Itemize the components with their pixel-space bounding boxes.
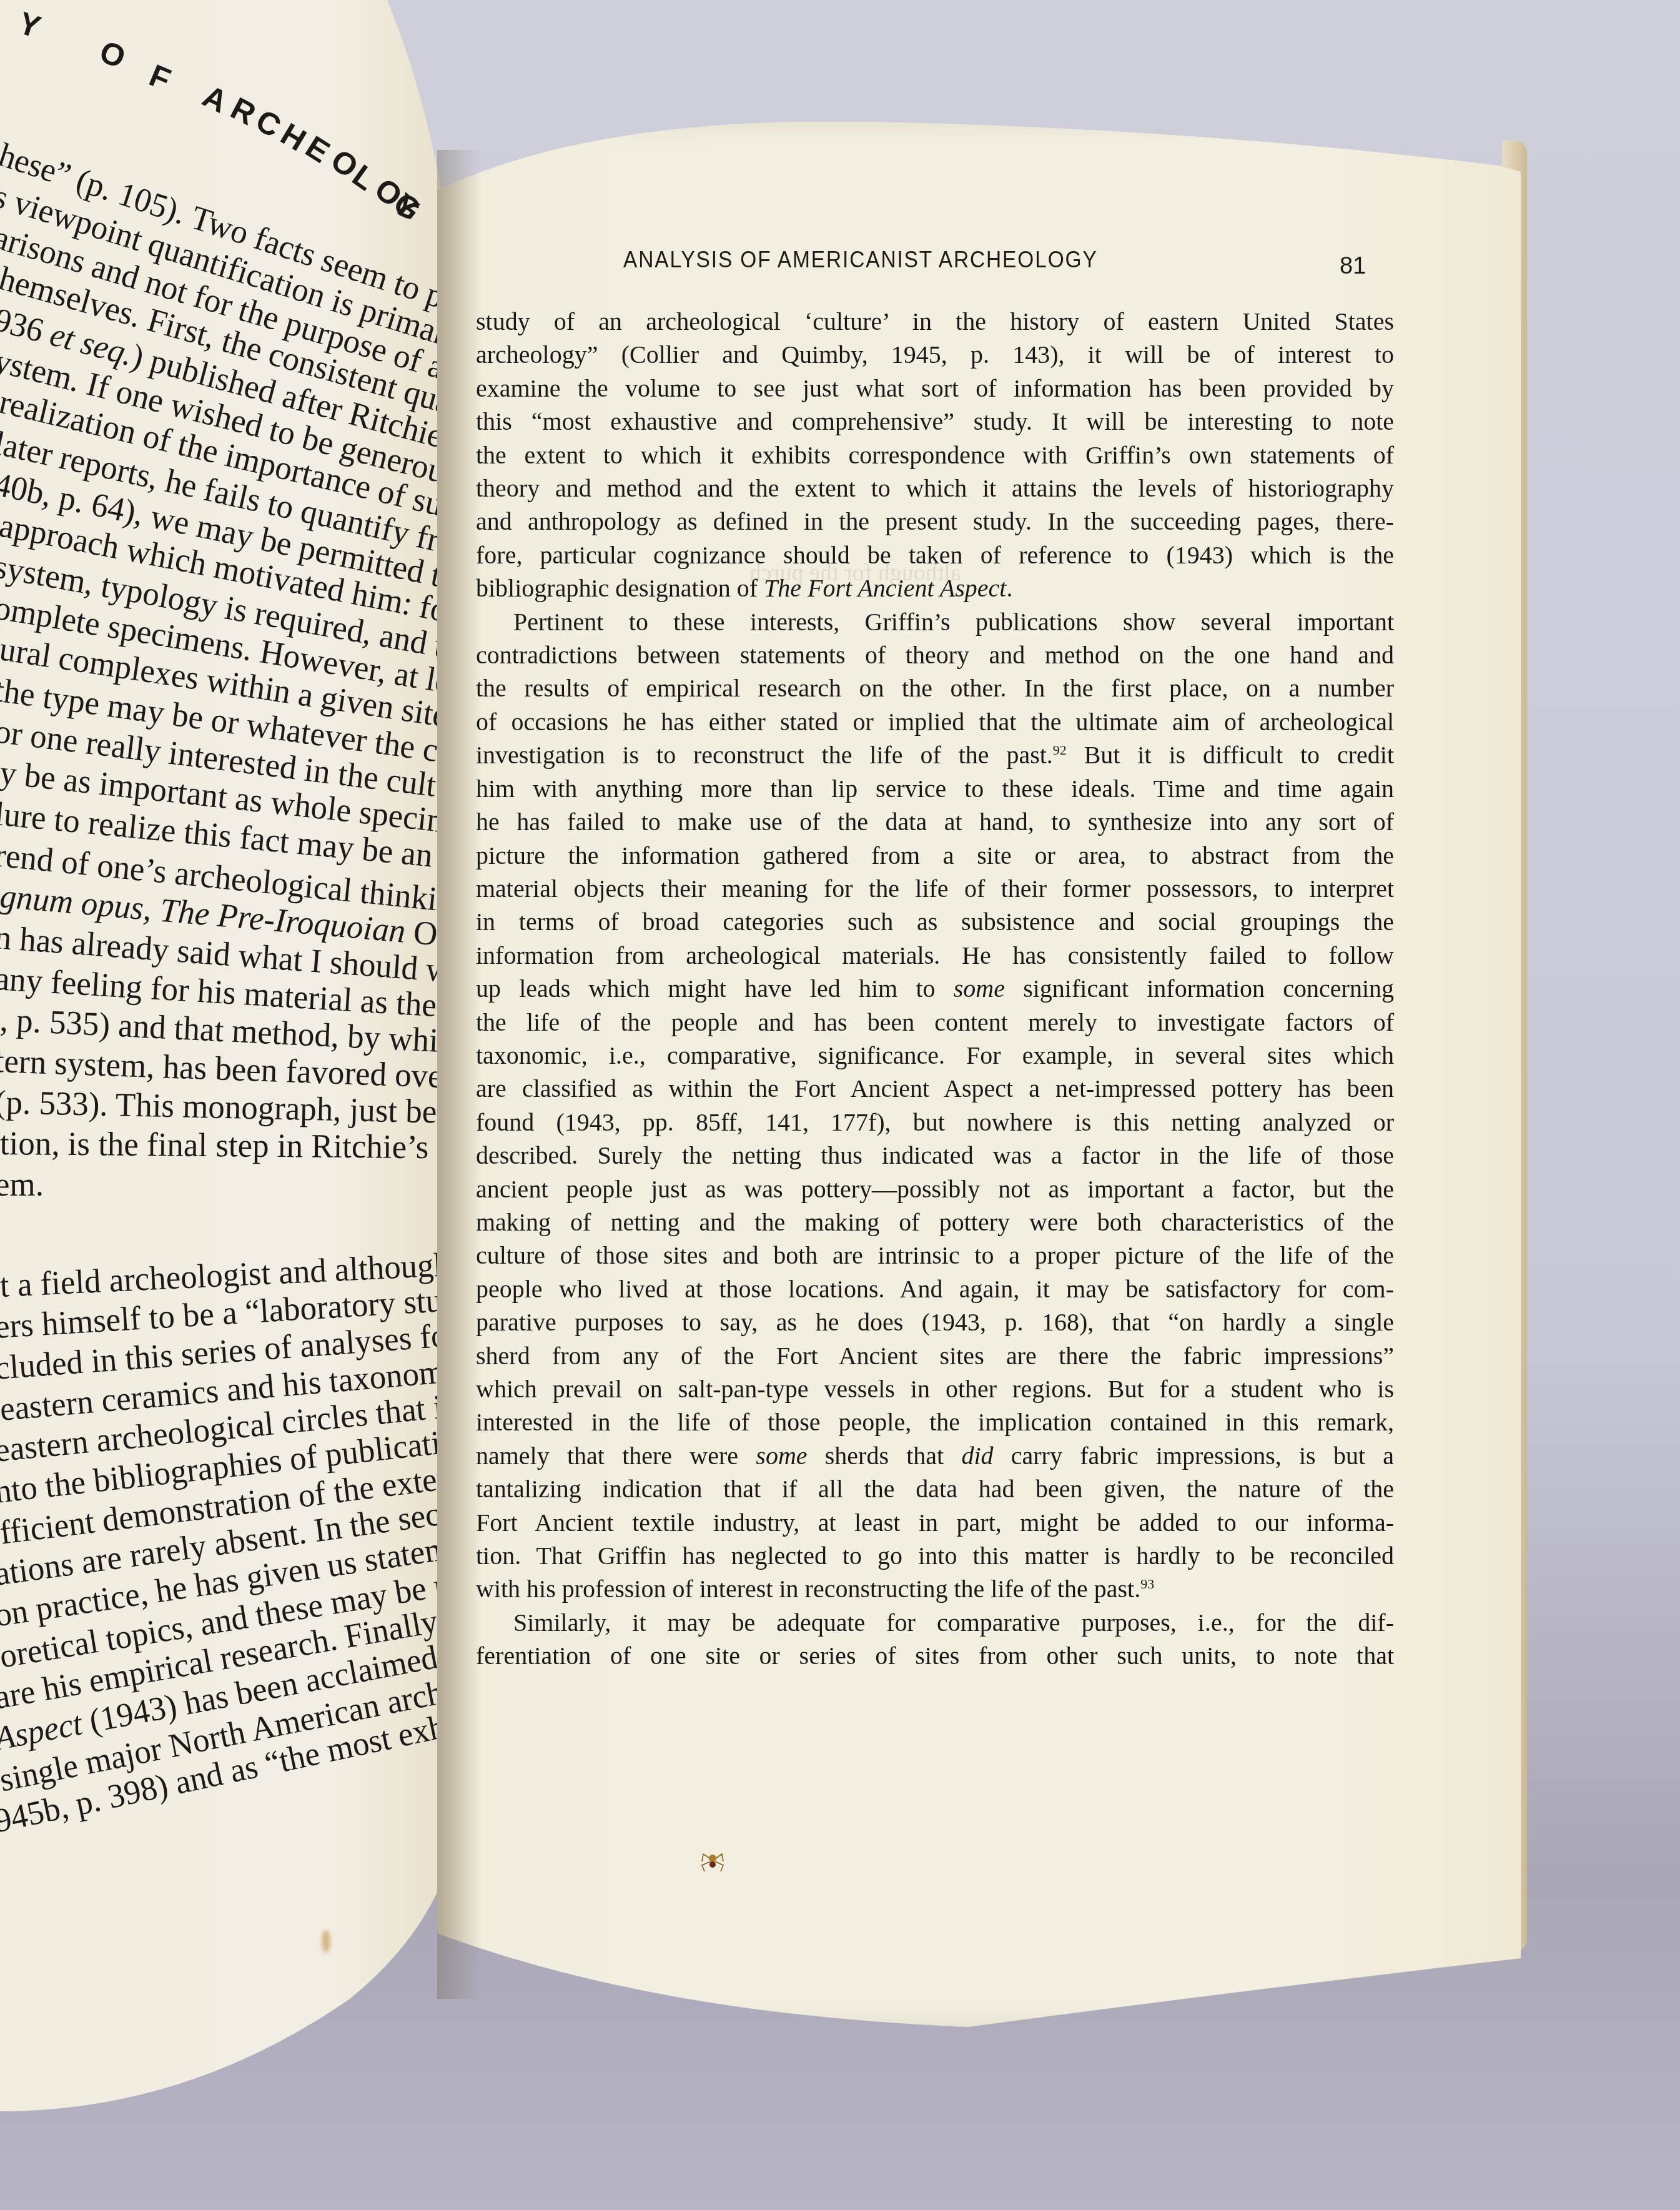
gutter-shadow (437, 150, 481, 1999)
text-line: the extent to which it exhibits correspo… (476, 439, 1394, 472)
text-line: Similarly, it may be adequate for compar… (476, 1606, 1394, 1639)
text-line: fore, particular cognizance should be ta… (476, 538, 1394, 572)
running-head: ANALYSIS OF AMERICANIST ARCHEOLOGY (623, 247, 1146, 273)
left-text-line: em. (0, 1165, 44, 1204)
text-line: this “most exhaustive and comprehensive”… (476, 405, 1394, 438)
text-line: ancient people just as was pottery—possi… (476, 1172, 1394, 1206)
text-line: him with anything more than lip service … (476, 772, 1394, 805)
text-line: namely that there were some sherds that … (476, 1439, 1394, 1472)
text-line: material objects their meaning for the l… (476, 872, 1394, 905)
text-line: tion. That Griffin has neglected to go i… (476, 1539, 1394, 1572)
text-line: taxonomic, i.e., comparative, significan… (476, 1039, 1394, 1072)
text-line: tantalizing indication that if all the d… (476, 1472, 1394, 1505)
text-line: information from archeological materials… (476, 939, 1394, 972)
text-line: investigation is to reconstruct the life… (476, 738, 1394, 771)
text-line: which prevail on salt-pan-type vessels i… (476, 1372, 1394, 1405)
text-line: with his profession of interest in recon… (476, 1572, 1394, 1605)
text-line: of occasions he has either stated or imp… (476, 705, 1394, 738)
text-line: theory and method and the extent to whic… (476, 472, 1394, 505)
text-line: interested in the life of those people, … (476, 1405, 1394, 1439)
text-line: described. Surely the netting thus indic… (476, 1139, 1394, 1172)
spider-icon (698, 1849, 727, 1874)
text-line: are classified as within the Fort Ancien… (476, 1072, 1394, 1105)
text-line: culture of those sites and both are intr… (476, 1239, 1394, 1272)
body-text: study of an archeological ‘culture’ in t… (476, 305, 1394, 1673)
text-line: parative purposes to say, as he does (19… (476, 1306, 1394, 1339)
text-line: bibliographic designation of The Fort An… (476, 572, 1394, 605)
page-number: 81 (1340, 253, 1366, 280)
text-line: picture the information gathered from a … (476, 839, 1394, 872)
text-line: up leads which might have led him to som… (476, 972, 1394, 1005)
text-line: archeology” (Collier and Quimby, 1945, p… (476, 338, 1394, 371)
text-line: study of an archeological ‘culture’ in t… (476, 305, 1394, 338)
text-line: the results of empirical research on the… (476, 671, 1394, 705)
text-line: found (1943, pp. 85ff, 141, 177f), but n… (476, 1106, 1394, 1139)
text-line: ferentiation of one site or series of si… (476, 1639, 1394, 1672)
left-text-line: tion, is the final step in Ritchie’s mar… (0, 1124, 475, 1167)
text-line: he has failed to make use of the data at… (476, 805, 1394, 838)
text-line: Pertinent to these interests, Griffin’s … (476, 605, 1394, 638)
text-line: sherd from any of the Fort Ancient sites… (476, 1339, 1394, 1372)
text-line: and anthropology as defined in the prese… (476, 505, 1394, 538)
text-line: the life of the people and has been cont… (476, 1006, 1394, 1039)
text-line: Fort Ancient textile industry, at least … (476, 1506, 1394, 1539)
text-line: in terms of broad categories such as sub… (476, 905, 1394, 938)
paper-stain (322, 1930, 330, 1953)
text-line: people who lived at those locations. And… (476, 1272, 1394, 1306)
text-line: contradictions between statements of the… (476, 638, 1394, 671)
left-page-text: hese” (p. 105). Two facts seem to pos vi… (0, 0, 475, 1999)
text-line: examine the volume to see just what sort… (476, 372, 1394, 405)
text-line: making of netting and the making of pott… (476, 1206, 1394, 1239)
